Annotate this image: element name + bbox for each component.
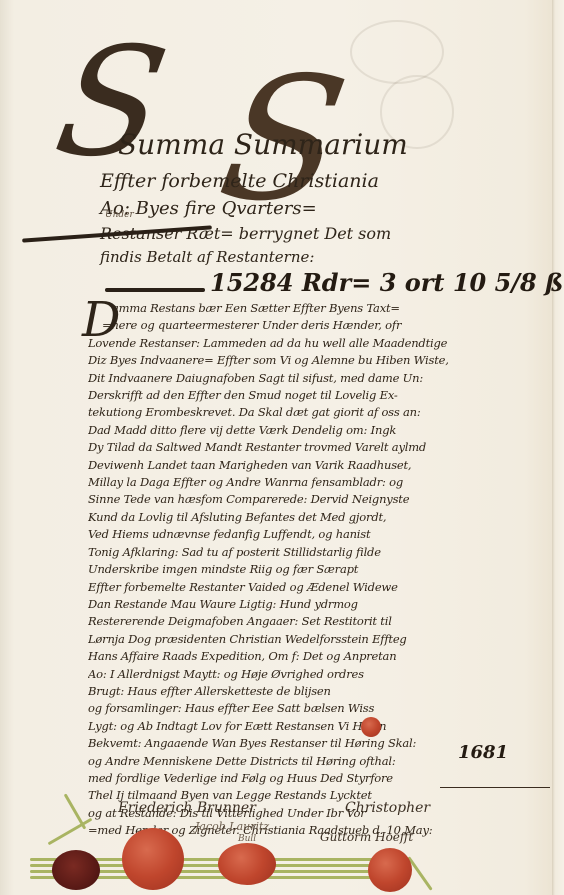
summa-total: 15284 Rdr= 3 ort 10 5/8 ß: 1. (210, 268, 564, 297)
wax-seal-3 (368, 848, 412, 892)
body-line: Restererende Deigmafoben Angaaer: Set Re… (88, 613, 548, 630)
paper-stain (350, 20, 444, 84)
body-line: Diz Byes Indvaanere= Effter som Vi og Al… (88, 352, 548, 369)
signature-2: Jacob Lauritz (195, 820, 269, 833)
heading-line-5: findis Betalt af Restanterne: (100, 248, 314, 266)
body-line: Lygt: og Ab Indtagt Lov for Eætt Restans… (88, 718, 548, 735)
body-line: Millay la Daga Effter og Andre Wanrna fe… (88, 474, 548, 491)
wax-seal-2 (218, 843, 276, 885)
body-line: Dan Restande Mau Waure Ligtig: Hund ydrm… (88, 596, 548, 613)
date-underline (440, 787, 550, 788)
signature-1: Friederich Brunner (118, 800, 256, 816)
body-line: Dit Indvaanere Daiugnafoben Sagt til sif… (88, 370, 548, 387)
date-year: 1681 (458, 742, 508, 763)
body-line: Lørnja Dog præsidenten Christian Wedelfo… (88, 631, 548, 648)
body-line: Kund da Lovlig til Afsluting Befantes de… (88, 509, 548, 526)
wax-seal-dark (52, 850, 100, 890)
body-line: =nere og quarteermesterer Under deris Hæ… (88, 317, 548, 334)
page-edge (552, 0, 564, 895)
body-line: tekutiong Erombeskrevet. Da Skal dæt gat… (88, 404, 548, 421)
body-line: Dy Tilad da Saltwed Mandt Restanter trov… (88, 439, 548, 456)
body-line: Hans Affaire Raads Expedition, Om f: Det… (88, 648, 548, 665)
total-underline (105, 288, 205, 292)
body-line: Underskribe imgen mindste Riig og fær Sæ… (88, 561, 548, 578)
body-line: med fordlige Vederlige ind Følg og Huus … (88, 770, 548, 787)
body-line: Dad Madd ditto flere vij dette Værk Dend… (88, 422, 548, 439)
body-line: Effter forbemelte Restanter Vaided og Æd… (88, 579, 548, 596)
wax-seal-in-text (361, 717, 381, 737)
body-line: Sinne Tede van hæsfom Comparerede: Dervi… (88, 491, 548, 508)
body-line: Ved Hiems udnævnse fedanfig Luffendt, og… (88, 526, 548, 543)
body-line: Deviwenh Landet taan Marigheden van Vari… (88, 457, 548, 474)
body-line: Tonig Afklaring: Sad tu af posterit Stil… (88, 544, 548, 561)
body-line: Brugt: Haus effter Allersketteste de bli… (88, 683, 548, 700)
signature-3: Christopher (345, 800, 430, 816)
body-line: Derskrifft ad den Effter den Smud noget … (88, 387, 548, 404)
body-line: amma Restans bær Een Sætter Effter Byens… (88, 300, 548, 317)
heading-side-note: Under (105, 210, 134, 220)
signature-4: Guttorm Hoefft (320, 830, 413, 844)
body-line: Ao: I Allerdnigst Maytt: og Høje Øvrighe… (88, 666, 548, 683)
heading-line-1: Summa Summarium (118, 128, 408, 161)
body-line: og forsamlinger: Haus effter Eee Satt bæ… (88, 700, 548, 717)
body-line: Lovende Restanser: Lammeden ad da hu wel… (88, 335, 548, 352)
wax-seal-1 (122, 828, 184, 890)
heading-line-2: Effter forbemelte Christiania (100, 170, 379, 192)
